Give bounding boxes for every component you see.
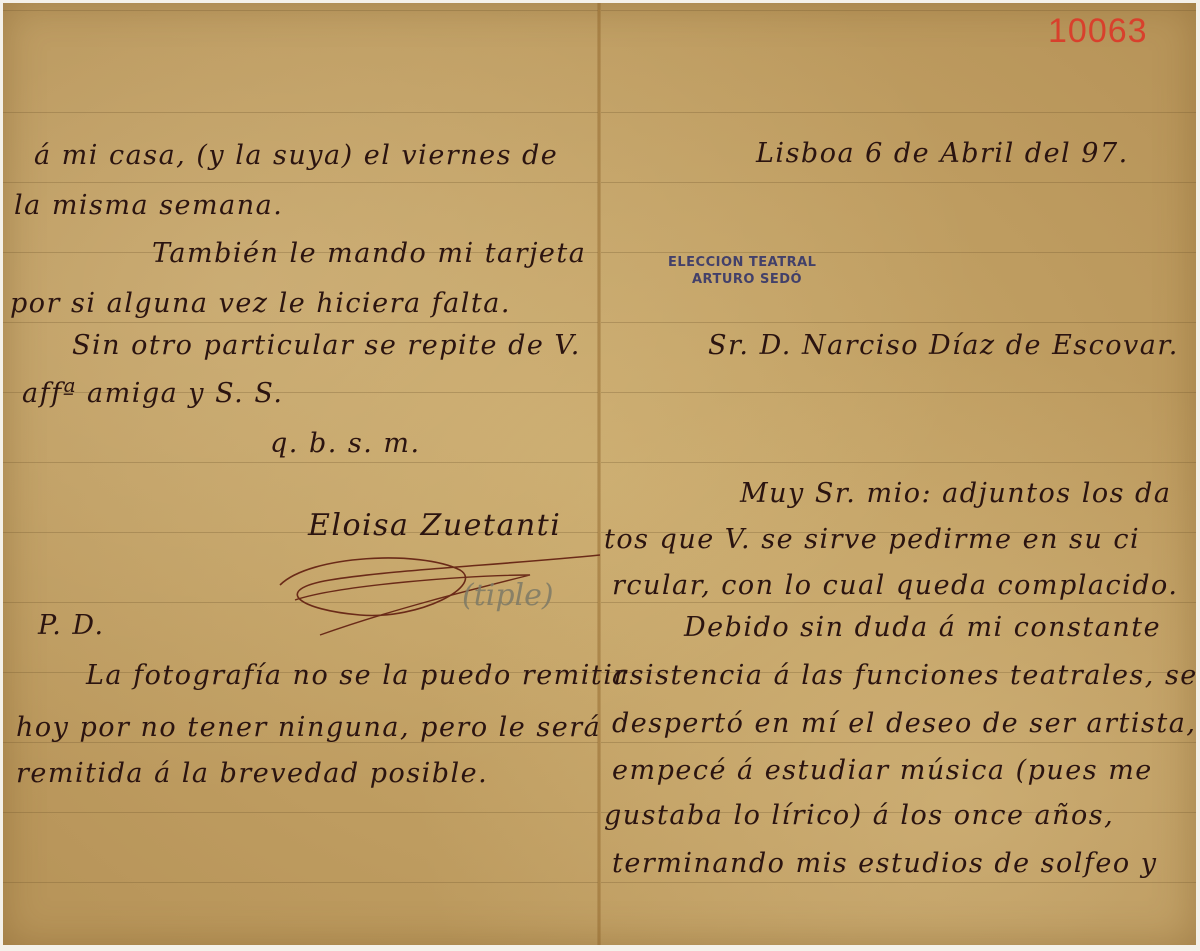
archive-number: 10063: [1048, 12, 1148, 51]
left-line-7: q. b. s. m.: [270, 428, 421, 459]
body-line-3: rcular, con lo cual queda complacido.: [612, 570, 1178, 601]
body-line-5: asistencia á las funciones teatrales, se: [612, 660, 1198, 691]
postscript-line-2: hoy por no tener ninguna, pero le será: [16, 712, 601, 743]
left-line-3: También le mando mi tarjeta: [152, 238, 586, 269]
body-line-7: empecé á estudiar música (pues me: [612, 755, 1153, 786]
collection-stamp: ELECCION TEATRAL ARTURO SEDÓ: [668, 254, 816, 288]
pencil-annotation: (tiple): [462, 578, 554, 613]
body-line-1: Muy Sr. mio: adjuntos los da: [740, 478, 1171, 509]
body-line-9: terminando mis estudios de solfeo y: [612, 848, 1158, 879]
left-line-5: Sin otro particular se repite de V.: [72, 330, 581, 361]
body-line-6: despertó en mí el deseo de ser artista,: [612, 708, 1196, 739]
body-line-2: tos que V. se sirve pedirme en su ci: [604, 524, 1140, 555]
date-line: Lisboa 6 de Abril del 97.: [756, 138, 1129, 169]
stamp-line-1: ELECCION TEATRAL: [668, 254, 816, 271]
postscript-line-3: remitida á la brevedad posible.: [16, 758, 488, 789]
signature: Eloisa Zuetanti: [308, 508, 561, 543]
postscript-heading: P. D.: [38, 610, 105, 641]
stamp-line-2: ARTURO SEDÓ: [692, 271, 816, 288]
left-line-4: por si alguna vez le hiciera falta.: [10, 288, 511, 319]
center-fold: [597, 3, 601, 945]
postscript-line-1: La fotografía no se la puedo remitir: [86, 660, 628, 691]
body-line-4: Debido sin duda á mi constante: [684, 612, 1161, 643]
body-line-8: gustaba lo lírico) á los once años,: [604, 800, 1114, 831]
left-line-2: la misma semana.: [14, 190, 283, 221]
left-line-6: affª amiga y S. S.: [22, 378, 283, 409]
recipient-line: Sr. D. Narciso Díaz de Escovar.: [708, 330, 1179, 361]
left-line-1: á mi casa, (y la suya) el viernes de: [34, 140, 558, 171]
